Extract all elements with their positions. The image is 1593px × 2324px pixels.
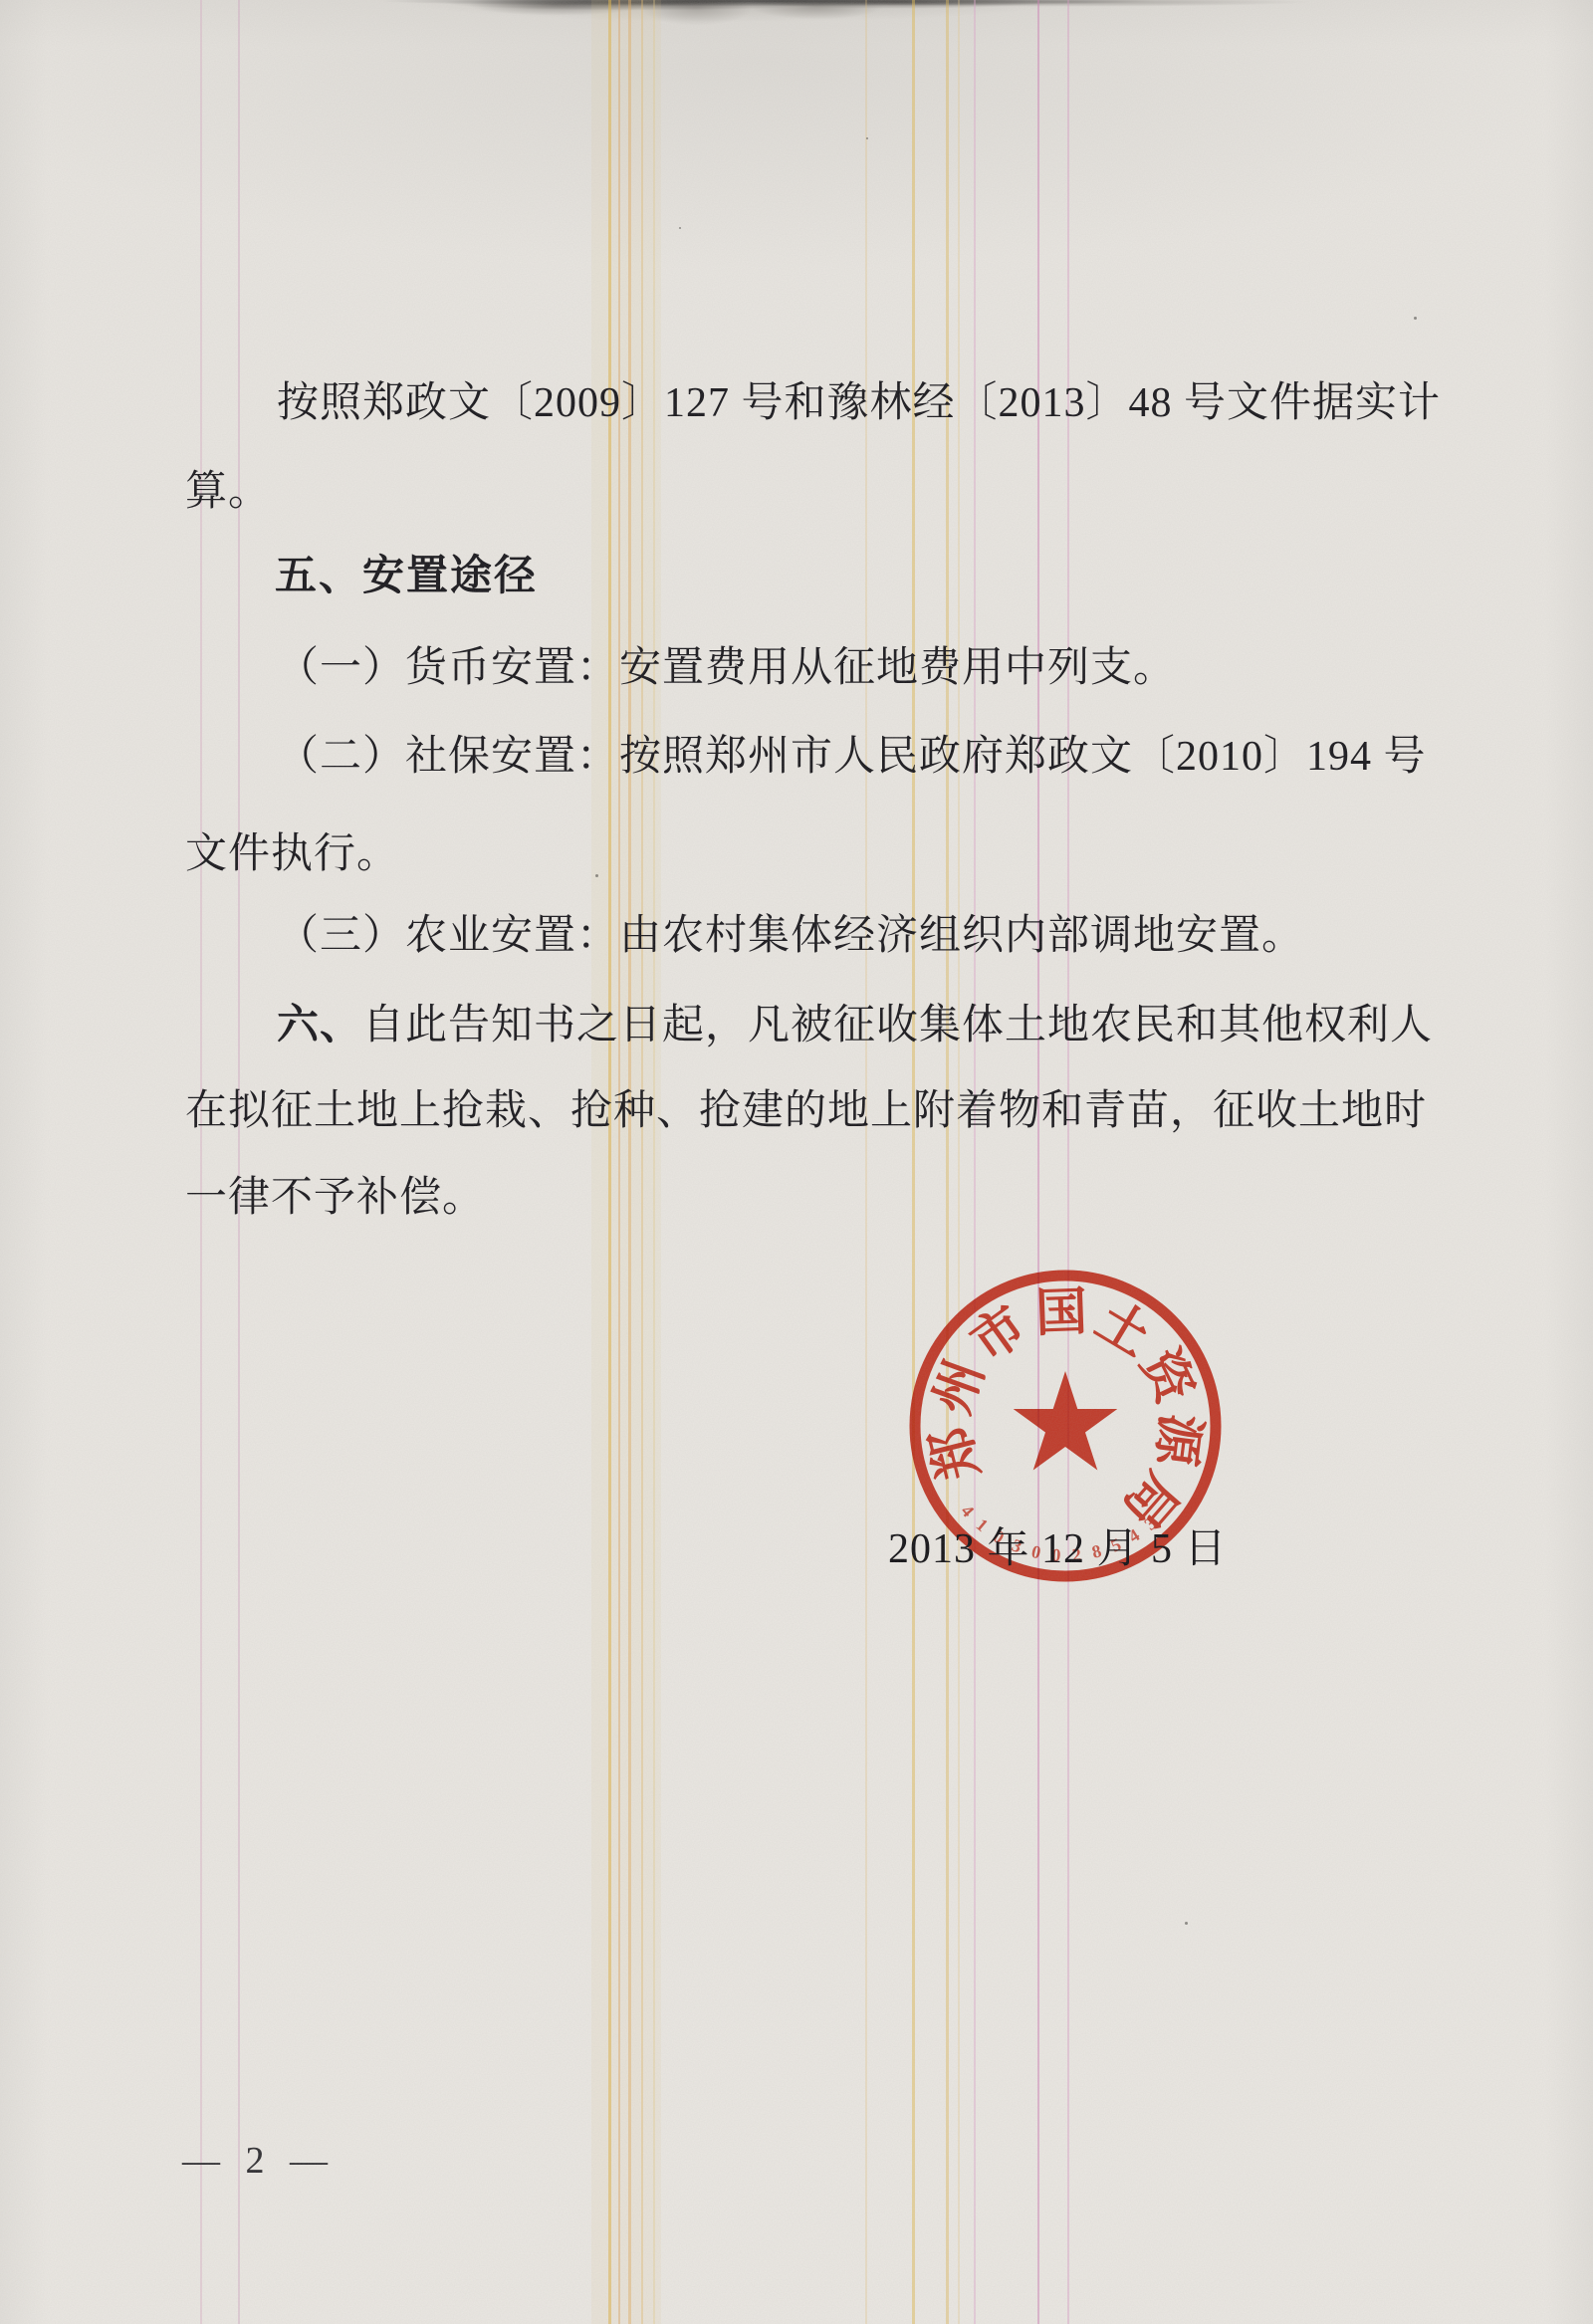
- body-line-8: 六、自此告知书之日起，凡被征收集体土地农民和其他权利人: [277, 1004, 1433, 1047]
- scan-streak: [628, 0, 631, 2324]
- paper-texture: [0, 0, 1593, 2324]
- scanner-edge-smudge: [0, 0, 1593, 46]
- item-six-text: 自此告知书之日起，凡被征收集体土地农民和其他权利人: [362, 1003, 1433, 1048]
- date-line: 2013 年 12 月 5 日: [888, 1515, 1228, 1575]
- scan-streak: [618, 0, 620, 2324]
- ink-speck: [866, 137, 868, 139]
- ink-speck: [595, 874, 598, 877]
- scan-streak: [653, 0, 655, 2324]
- body-line-4: （一）货币安置：安置费用从征地费用中列支。: [277, 646, 1176, 690]
- body-line-2: 算。: [185, 470, 271, 514]
- document-page: 按照郑政文〔2009〕127 号和豫林经〔2013〕48 号文件据实计 算。 五…: [0, 0, 1593, 2324]
- ink-speck: [679, 227, 681, 229]
- scan-streak: [1037, 0, 1039, 2324]
- seal-char-2: 州: [924, 1353, 995, 1421]
- ink-speck: [1414, 317, 1417, 320]
- page-number: — 2 —: [182, 2139, 336, 2183]
- scan-streak: [591, 0, 661, 2324]
- section-heading: 五、安置途径: [275, 555, 538, 598]
- scan-streak: [1067, 0, 1069, 2324]
- body-line-6: 文件执行。: [185, 832, 399, 876]
- scan-streak: [238, 0, 240, 2324]
- scan-streak: [641, 0, 643, 2324]
- body-line-9: 在拟征土地上抢栽、抢种、抢建的地上附着物和青苗，征收土地时: [185, 1089, 1427, 1133]
- body-line-7: （三）农业安置：由农村集体经济组织内部调地安置。: [277, 914, 1304, 958]
- scan-streak: [608, 0, 611, 2324]
- seal-char-1: 郑: [920, 1421, 990, 1486]
- scan-streak: [958, 0, 960, 2324]
- red-star-icon: [1014, 1371, 1118, 1471]
- ink-speck: [1185, 1922, 1188, 1925]
- scan-streak: [865, 0, 867, 2324]
- body-line-1: 按照郑政文〔2009〕127 号和豫林经〔2013〕48 号文件据实计: [277, 381, 1441, 425]
- body-line-10: 一律不予补偿。: [185, 1176, 485, 1220]
- seal-char-7: 源: [1146, 1410, 1209, 1470]
- item-six-label: 六、: [277, 1003, 362, 1048]
- scan-streak: [200, 0, 202, 2324]
- body-line-5: （二）社保安置：按照郑州市人民政府郑政文〔2010〕194 号: [277, 735, 1427, 779]
- scan-streak: [946, 0, 949, 2324]
- scan-streak: [974, 0, 976, 2324]
- seal-char-4: 国: [1034, 1284, 1088, 1343]
- scan-streak: [912, 0, 915, 2324]
